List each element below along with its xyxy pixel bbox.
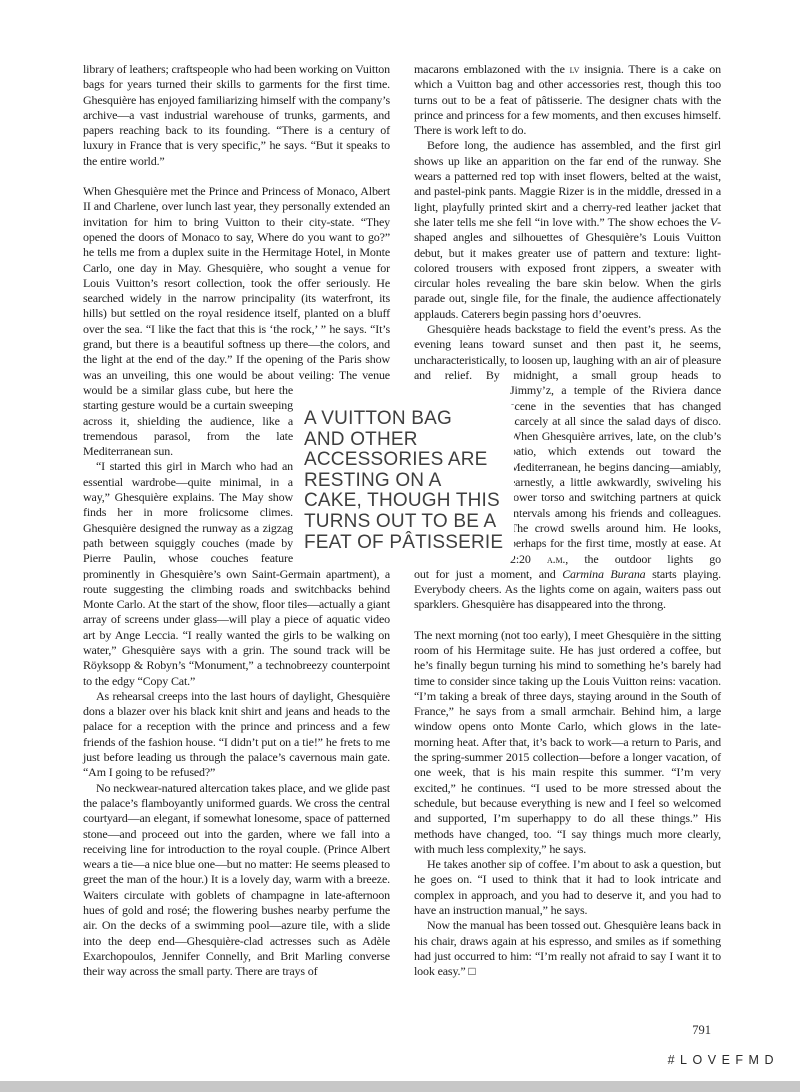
text-run: As rehearsal creeps into the last hours … [83, 689, 390, 779]
text-run: Before long, the audience has assembled,… [414, 138, 721, 228]
text-run: prominently in Ghesquière’s own Saint-Ge… [83, 567, 390, 688]
paragraph: As rehearsal creeps into the last hours … [83, 689, 390, 781]
pull-quote-line: RESTING ON A [304, 471, 514, 492]
text-run: out for just a moment, and [414, 567, 562, 581]
paragraph: macarons emblazoned with the lv insignia… [414, 62, 721, 138]
paragraph: The next morning (not too early), I meet… [414, 628, 721, 857]
paragraph: Ghesquière heads backstage to field the … [414, 322, 721, 383]
paragraph: Jimmy’z, a temple of the Riviera dance s… [510, 383, 721, 567]
magazine-page: library of leathers; craftspeople who ha… [0, 0, 800, 1092]
paragraph: out for just a moment, and Carmina Buran… [414, 567, 721, 613]
text-run: Ghesquière heads backstage to field the … [414, 322, 721, 382]
text-run: , the outdoor lights go [565, 552, 721, 566]
paragraph: “I started this girl in March who had an… [83, 459, 293, 566]
paragraph: Now the manual has been tossed out. Ghes… [414, 918, 721, 979]
pull-quote-line: CAKE, THOUGH THIS [304, 491, 514, 512]
pull-quote-line: ACCESSORIES ARE [304, 450, 514, 471]
text-run: No neckwear-natured altercation takes pl… [83, 781, 390, 979]
pull-quote-line: A VUITTON BAG [304, 409, 514, 430]
text-run: He takes another sip of coffee. I’m abou… [414, 857, 721, 917]
paragraph: would be a similar glass cube, but here … [83, 383, 293, 459]
text-run: “I started this girl in March who had an… [83, 459, 293, 565]
text-run: When Ghesquière met the Prince and Princ… [83, 184, 390, 382]
text-run: Now the manual has been tossed out. Ghes… [414, 918, 721, 978]
text-run: lv [570, 62, 580, 76]
pull-quote-line: TURNS OUT TO BE A [304, 512, 514, 533]
text-run: would be a similar glass cube, but here … [83, 383, 293, 458]
pull-quote: A VUITTON BAGAND OTHERACCESSORIES ARERES… [296, 405, 514, 559]
watermark: #LOVEFMD [668, 1053, 779, 1067]
pull-quote-line: AND OTHER [304, 430, 514, 451]
paragraph: When Ghesquière met the Prince and Princ… [83, 184, 390, 383]
text-run: library of leathers; craftspeople who ha… [83, 62, 390, 168]
text-run: The next morning (not too early), I meet… [414, 628, 721, 856]
pull-quote-line: FEAT OF PÂTISSERIE [304, 533, 514, 554]
paragraph: No neckwear-natured altercation takes pl… [83, 781, 390, 980]
bottom-band [0, 1081, 800, 1092]
text-run: Carmina Burana [562, 567, 645, 581]
text-run: -shaped angles and silhouettes of Ghesqu… [414, 215, 721, 321]
paragraph: He takes another sip of coffee. I’m abou… [414, 857, 721, 918]
paragraph: prominently in Ghesquière’s own Saint-Ge… [83, 567, 390, 689]
text-run: Jimmy’z, a temple of the Riviera dance s… [510, 383, 721, 565]
page-number: 791 [692, 1023, 711, 1038]
paragraph: Before long, the audience has assembled,… [414, 138, 721, 322]
text-run: macarons emblazoned with the [414, 62, 570, 76]
text-run: a.m. [547, 552, 565, 566]
paragraph: library of leathers; craftspeople who ha… [83, 62, 390, 169]
